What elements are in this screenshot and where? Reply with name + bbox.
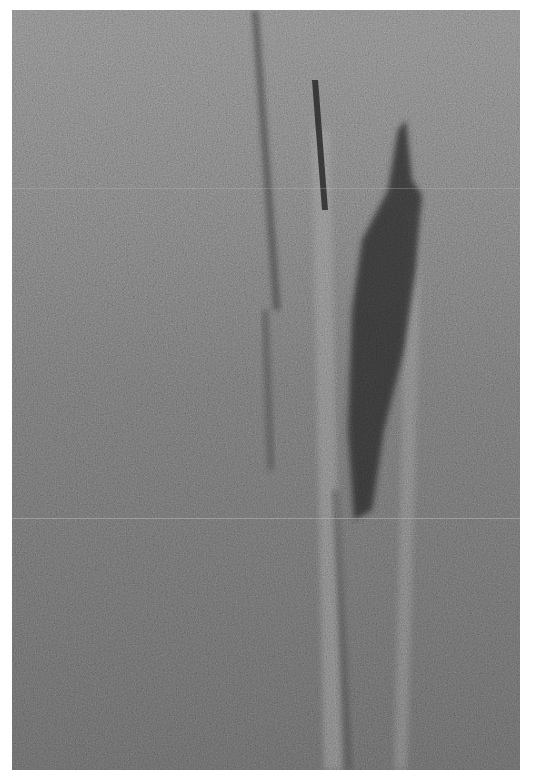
scanned-photograph bbox=[12, 10, 520, 770]
photo-content bbox=[12, 10, 520, 770]
